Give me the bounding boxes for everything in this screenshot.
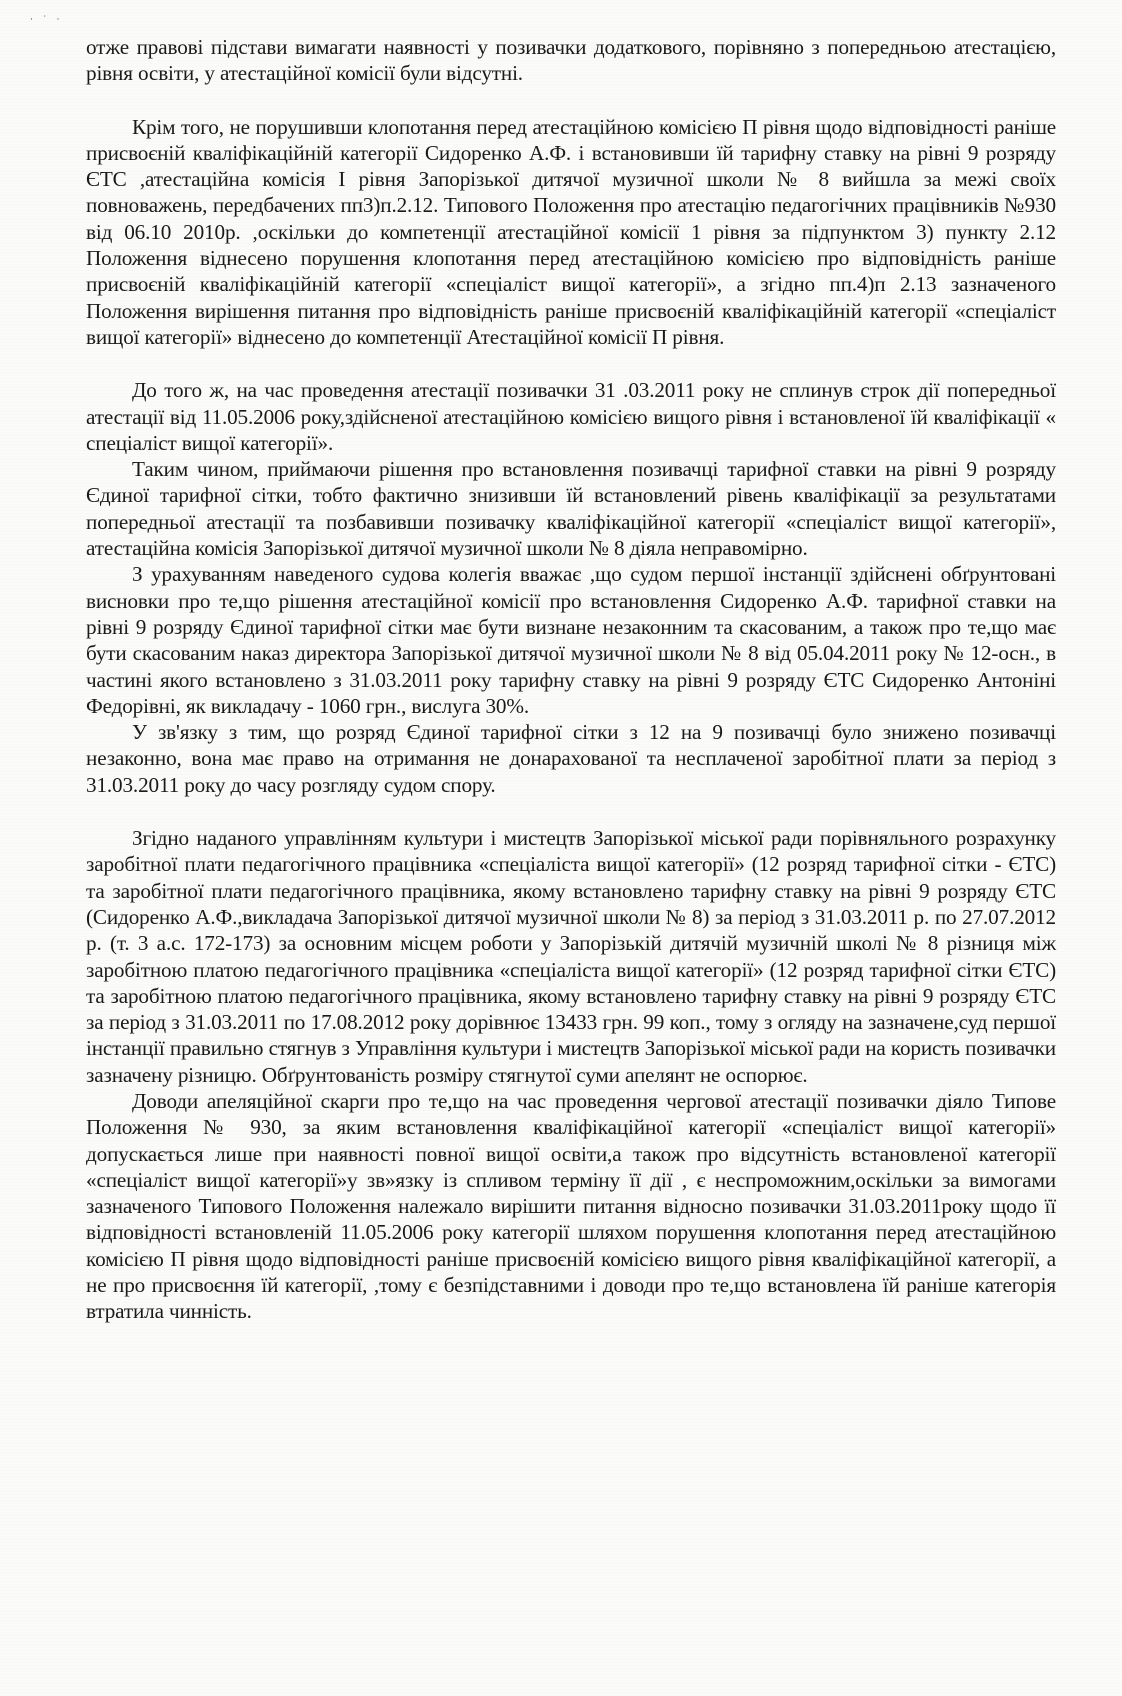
paragraph: З урахуванням наведеного судова колегія …: [86, 561, 1056, 719]
scan-specks: · ˙ ·: [30, 14, 64, 24]
paragraph: Згідно наданого управлінням культури і м…: [86, 825, 1056, 1088]
paragraph: Крім того, не порушивши клопотання перед…: [86, 114, 1056, 351]
scanned-page: · ˙ · отже правові підстави вимагати ная…: [0, 0, 1122, 1696]
paragraph: У зв'язку з тим, що розряд Єдиної тарифн…: [86, 719, 1056, 798]
paragraph: Таким чином, приймаючи рішення про встан…: [86, 456, 1056, 561]
paragraph: Доводи апеляційної скарги про те,що на ч…: [86, 1088, 1056, 1325]
paragraph: До того ж, на час проведення атестації п…: [86, 377, 1056, 456]
paragraph-continuation: отже правові підстави вимагати наявності…: [86, 34, 1056, 87]
document-body: отже правові підстави вимагати наявності…: [86, 34, 1056, 1325]
